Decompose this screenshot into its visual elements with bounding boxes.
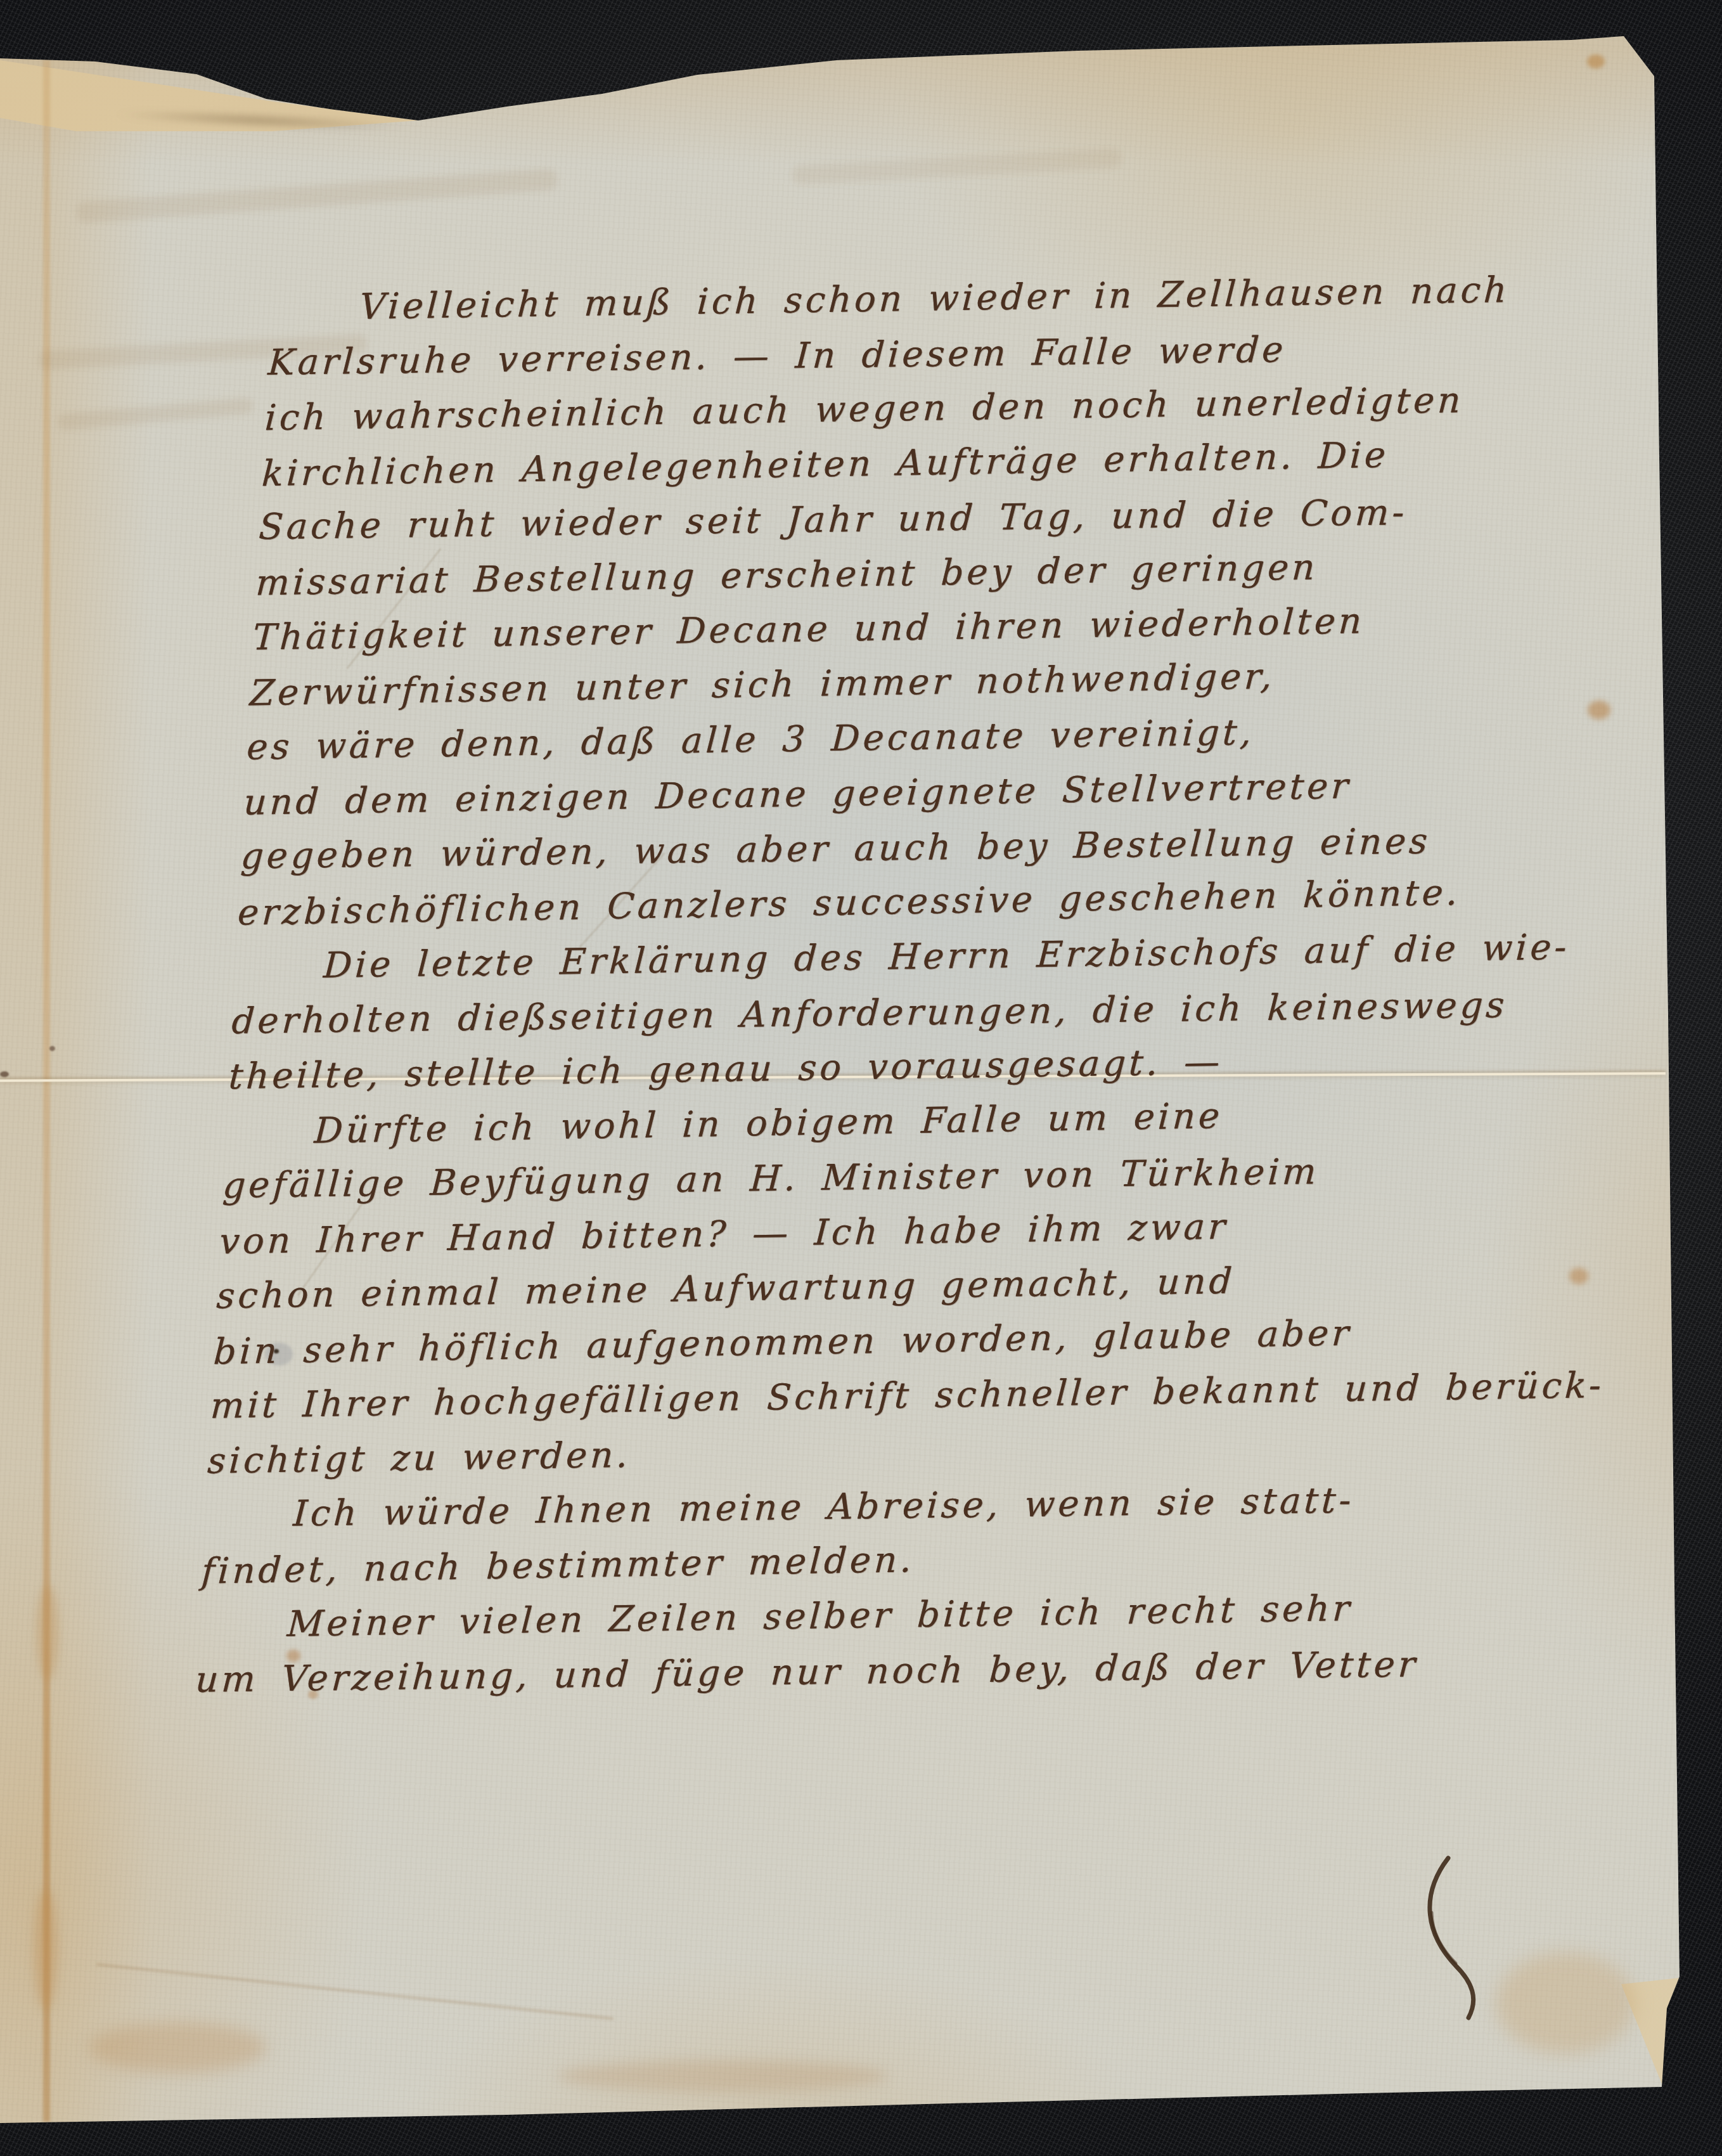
fold-stain xyxy=(34,1889,57,2010)
diagonal-crease xyxy=(96,1963,614,2020)
ink-showthrough-smudge xyxy=(76,169,558,224)
ink-speck xyxy=(49,1046,55,1051)
ink-showthrough-smudge xyxy=(792,148,1122,184)
archival-photo-stage: Vielleicht muß ich schon wieder in Zellh… xyxy=(0,0,1722,2156)
fold-stain xyxy=(37,1585,58,1680)
foxing-stain xyxy=(1588,700,1610,720)
edge-stain xyxy=(1496,1953,1635,2054)
ink-showthrough-smudge xyxy=(56,397,254,431)
foxing-stain xyxy=(1587,55,1605,68)
foxing-stain xyxy=(1569,1268,1588,1284)
edge-stain xyxy=(89,2022,266,2073)
edge-stain xyxy=(558,2060,887,2092)
ink-speck xyxy=(0,1071,9,1077)
letter-sheet: Vielleicht muß ich schon wieder in Zellh… xyxy=(0,0,1722,2156)
manuscript-text-block: Vielleicht muß ich schon wieder in Zellh… xyxy=(194,262,1603,1708)
pen-flourish-mark xyxy=(1410,1854,1499,2032)
